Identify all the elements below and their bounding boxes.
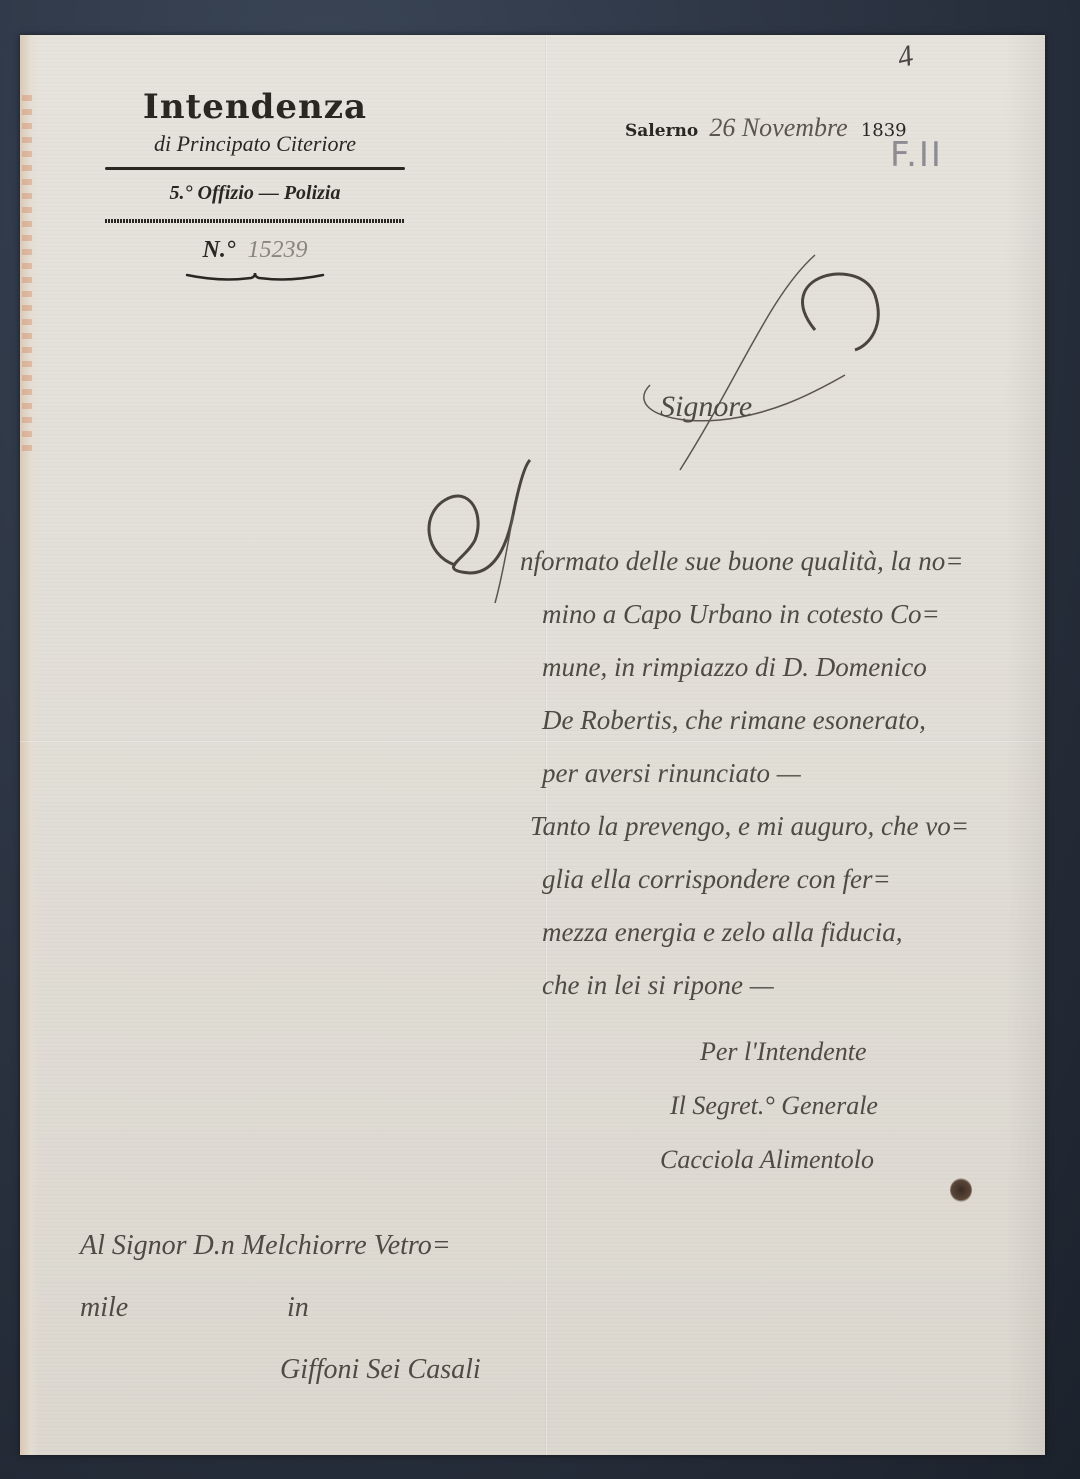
body-line: che in lei si ripone — (520, 959, 1050, 1012)
archive-mark: F.II (890, 135, 943, 175)
letter-body: nformato delle sue buone qualità, la no=… (520, 535, 1050, 1012)
protocol-number-value: 15239 (247, 237, 307, 263)
date-city: Salerno (625, 121, 698, 141)
letterhead-office: 5.° Offizio — Polizia (105, 182, 405, 205)
protocol-number-prefix: N.° (203, 237, 236, 263)
body-line: mino a Capo Urbano in cotesto Co= (520, 588, 1050, 641)
address-line-2-start: mile (80, 1277, 280, 1339)
date-day-month: 26 Novembre (709, 113, 847, 142)
salutation-flourish (620, 235, 940, 475)
letterhead-title: Intendenza (105, 87, 405, 127)
address-line-3: Giffoni Sei Casali (80, 1339, 481, 1401)
signature-line-1: Per l'Intendente (660, 1025, 878, 1079)
salutation: Signore (660, 390, 752, 424)
signature-block: Per l'Intendente Il Segret.° Generale Ca… (660, 1025, 878, 1187)
brace-ornament (185, 272, 325, 284)
body-line: De Robertis, che rimane esonerato, (520, 694, 1050, 747)
dateline: Salerno 26 Novembre 1839 (625, 113, 907, 143)
protocol-number: N.° 15239 (105, 237, 405, 264)
initial-capital-flourish (415, 455, 535, 605)
signature-line-2: Il Segret.° Generale (660, 1079, 878, 1133)
address-line-1: Al Signor D.n Melchiorre Vetro= (80, 1215, 481, 1277)
ink-blot (950, 1178, 972, 1202)
body-line: mezza energia e zelo alla fiducia, (520, 906, 1050, 959)
address-line-2: mile in (80, 1277, 481, 1339)
body-line: Tanto la prevengo, e mi auguro, che vo= (520, 800, 1050, 853)
body-line: nformato delle sue buone qualità, la no= (520, 535, 1050, 588)
letterhead-subtitle: di Principato Citeriore (105, 131, 405, 157)
letterhead: Intendenza di Principato Citeriore 5.° O… (105, 85, 405, 288)
body-line: per aversi rinunciato — (520, 747, 1050, 800)
letter-sheet: Intendenza di Principato Citeriore 5.° O… (20, 35, 1045, 1455)
letterhead-dotted-rule (105, 219, 405, 223)
recipient-address: Al Signor D.n Melchiorre Vetro= mile in … (80, 1215, 481, 1401)
corner-pencil-mark: 4 (895, 39, 917, 75)
foxing-marks (22, 95, 32, 455)
body-line: mune, in rimpiazzo di D. Domenico (520, 641, 1050, 694)
address-line-2-end: in (287, 1292, 309, 1323)
letterhead-rule (105, 167, 405, 170)
signature-name: Cacciola Alimentolo (660, 1133, 878, 1187)
body-line: glia ella corrispondere con fer= (520, 853, 1050, 906)
